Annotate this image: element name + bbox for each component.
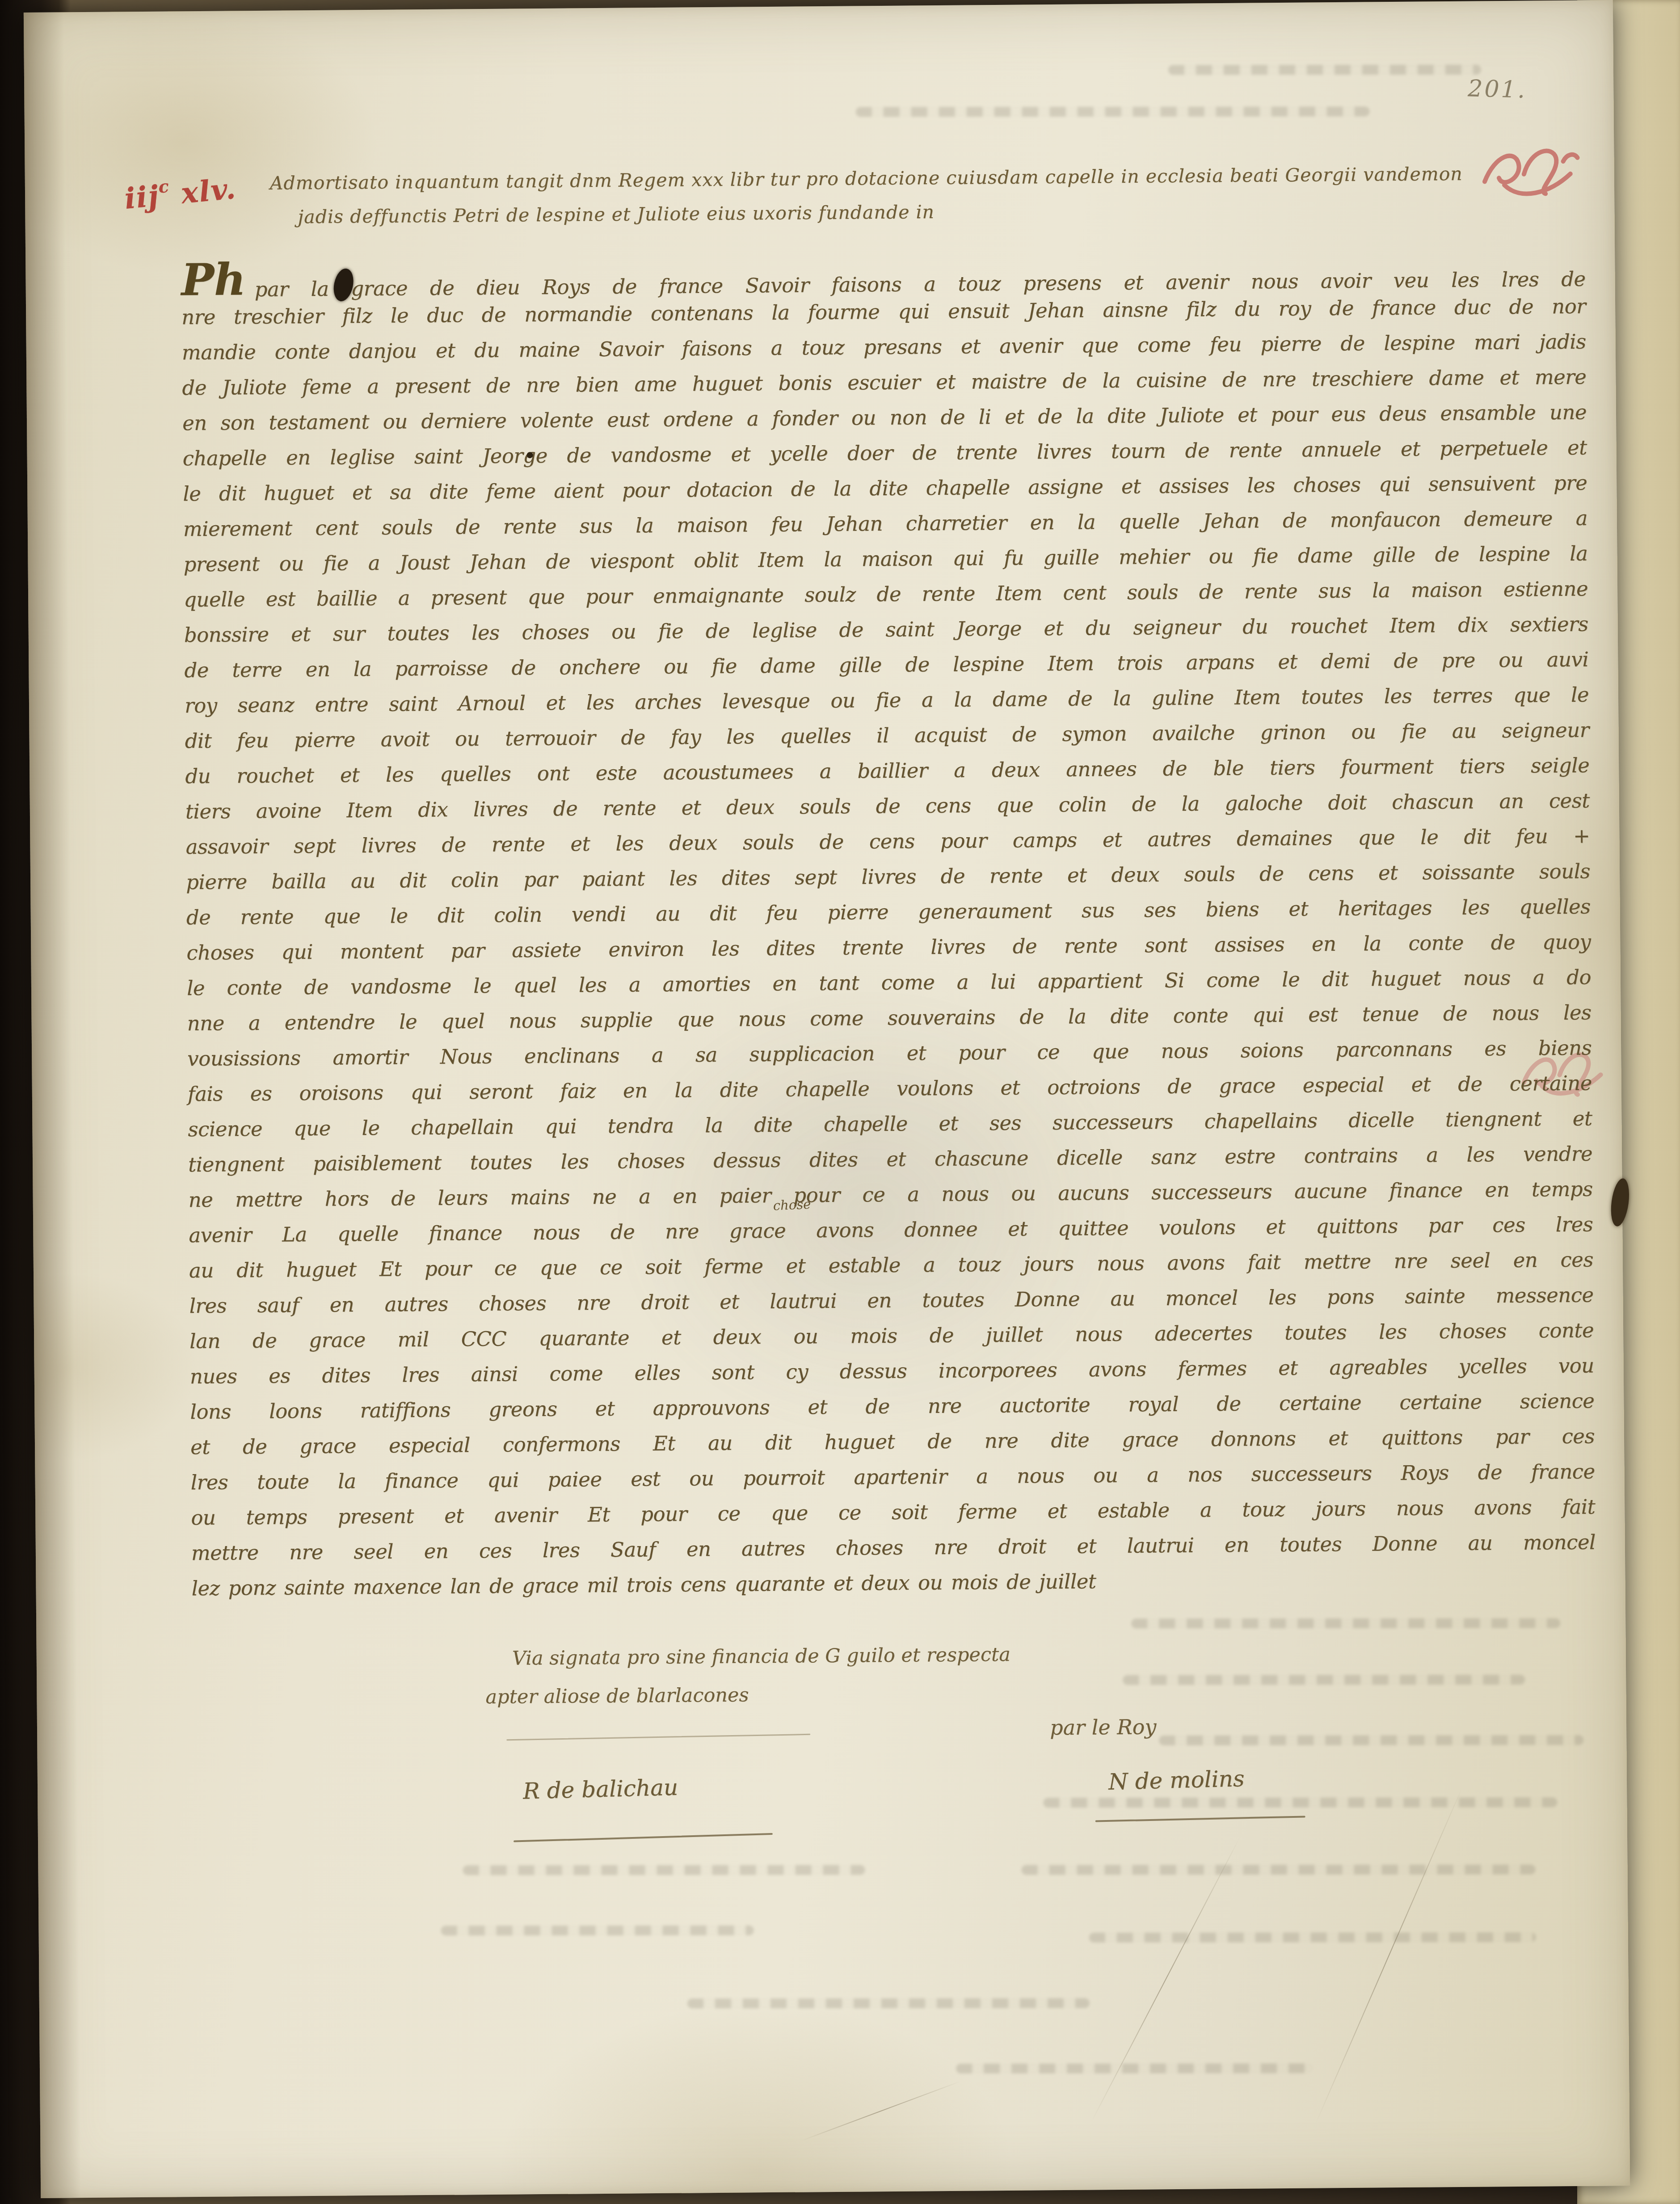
chancery-note-line2: apter aliose de blarlacones bbox=[485, 1684, 749, 1708]
crease-line bbox=[1091, 1836, 1241, 2122]
initial-letter: Ph bbox=[181, 254, 246, 306]
signature-left-underline bbox=[514, 1833, 773, 1842]
ghost-text-streak bbox=[1168, 65, 1481, 75]
parchment-page: 201. iijc xlv. Admortisato inquantum tan… bbox=[24, 0, 1630, 2198]
interline-addition: chose bbox=[773, 1197, 811, 1214]
signature-right-underline bbox=[1095, 1816, 1305, 1822]
chancery-note-line1: Via signata pro sine financia de G guilo… bbox=[512, 1644, 1011, 1670]
heading-latin-line2: jadis deffunctis Petri de lespine et Jul… bbox=[298, 201, 935, 228]
crease-line bbox=[801, 2081, 960, 2141]
ink-speck bbox=[527, 452, 533, 458]
folio-number: 201. bbox=[1468, 75, 1527, 104]
note-underline bbox=[506, 1734, 810, 1740]
rubric-hundreds: iij bbox=[123, 179, 161, 216]
by-the-king-note: par le Roy bbox=[1050, 1715, 1157, 1740]
ghost-text-streak bbox=[1131, 1618, 1560, 1628]
ghost-text-streak bbox=[956, 2063, 1314, 2073]
signature-right: N de molins bbox=[1108, 1766, 1245, 1795]
rubric-number: iijc xlv. bbox=[123, 170, 238, 216]
ghost-text-streak bbox=[463, 1865, 865, 1875]
ghost-text-streak bbox=[856, 106, 1370, 117]
heading-latin-line1: Admortisato inquantum tangit dnm Regem x… bbox=[270, 163, 1463, 194]
ghost-text-streak bbox=[441, 1926, 754, 1936]
crease-line bbox=[1315, 1787, 1462, 2124]
ghost-text-streak bbox=[687, 1998, 1090, 2009]
manuscript-scan: 201. iijc xlv. Admortisato inquantum tan… bbox=[0, 0, 1680, 2204]
ghost-text-streak bbox=[1022, 1865, 1536, 1875]
body-text: Phpar la grace de dieu Roys de france Sa… bbox=[181, 253, 1596, 1606]
ghost-text-streak bbox=[1123, 1675, 1525, 1685]
binding-gutter-shadow bbox=[24, 12, 81, 2198]
rubric-rest: xlv. bbox=[169, 172, 238, 212]
signature-left: R de balichau bbox=[522, 1774, 678, 1804]
ghost-text-streak bbox=[1089, 1932, 1536, 1943]
ghost-text-streak bbox=[1043, 1797, 1557, 1808]
ghost-text-streak bbox=[1159, 1735, 1583, 1745]
red-scribble-mark-top bbox=[1477, 135, 1585, 211]
